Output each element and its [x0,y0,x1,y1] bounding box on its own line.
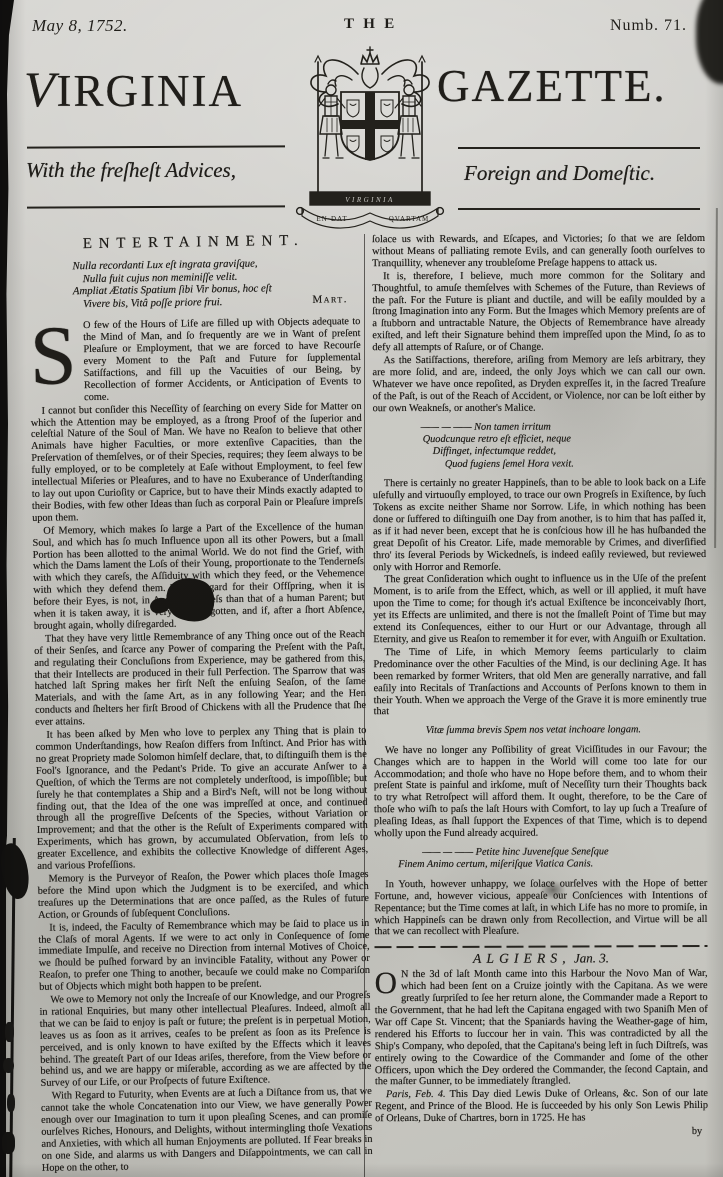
news-paragraph: ON the 3d of laſt Month came into this H… [375,968,708,1088]
essay-paragraph: We owe to Memory not only the Increaſe o… [39,990,371,1090]
newspaper-page: May 8, 1752. THE Numb. 71. VIRGINIA GAZE… [0,0,723,1177]
corner-shadow [696,0,723,84]
edge-mark [7,1094,15,1112]
latin-verse: —— — —— Petite hinc Juveneſque Seneſque … [422,846,707,872]
latin-epigraph: Nulla recordanti Lux eſt ingrata graviſq… [72,256,360,311]
page-edge-line [714,208,718,548]
news-dateline-algiers: ALGIERS, Jan. 3. [375,952,708,965]
essay-paragraph: Memory is the Purveyor of Reaſon, the Po… [37,869,369,922]
essay-paragraph: The Time of Life, in which Memory ſeems … [373,646,706,719]
masthead-title-gazette: GAZETTE. [437,60,667,112]
masthead-subtitle-right: Foreign and Domeſtic. [464,161,655,186]
essay-paragraph: The great Conſideration which ought to i… [373,573,706,646]
essay-paragraph: SO few of the Hours of Life are filled u… [29,316,361,404]
edge-mark [2,1132,15,1154]
essay-paragraph: With Regard to Futurity, when Events are… [41,1086,373,1174]
drop-cap: S [29,323,77,394]
epigraph-attribution: Mart. [312,293,348,306]
masthead-title-virginia: VIRGINIA [24,60,243,118]
section-heading-entertainment: ENTERTAINMENT. [28,235,359,252]
edge-mark [5,1022,14,1042]
virginia-coat-of-arms: VIRGINIA EN·DAT QVARTAM [282,46,458,230]
catchword: by [375,1126,708,1139]
issue-date: May 8, 1752. [32,16,128,36]
crown-crest [361,47,379,64]
masthead-subtitle-left: With the freſheſt Advices, [26,158,236,183]
news-paragraph: Paris, Feb. 4. This Day died Lewis Duke … [375,1088,708,1125]
essay-paragraph: It is, indeed, the Faculty of Remembranc… [38,918,370,994]
latin-verse: Vitæ ſumma brevis Spem nos vetat inchoar… [426,724,707,737]
knight-supporter-left [315,56,345,196]
section-divider-rule [374,945,707,948]
essay-paragraph: It has been aſked by Men who love to per… [35,725,368,873]
masthead-rule [458,208,700,210]
essay-paragraph: As the Satiſfactions, therefore, ariſing… [372,354,705,415]
arms-motto-right: QVARTAM [389,215,430,223]
news-dateline-paris: Paris, Feb. 4. [386,1089,446,1100]
quartered-shield [341,92,399,160]
masthead-rule [458,147,700,149]
arms-motto-left: EN·DAT [316,215,347,223]
essay-paragraph: That they have very little Remembrance o… [34,629,366,729]
masthead-rule [27,145,285,148]
essay-paragraph: ſolace us with Rewards, and Eſcapes, and… [372,233,705,270]
issue-number: Numb. 71. [610,17,687,35]
essay-paragraph: There is certainly no greater Happineſs,… [373,477,706,573]
knight-supporter-right [395,56,425,196]
essay-paragraph: We have no longer any Poſſibility of gre… [374,744,707,840]
essay-paragraph: It is, therefore, I believe, much more c… [372,270,705,355]
masthead-the: THE [344,16,404,33]
essay-paragraph: I cannot but conſider this Neceſſity of … [31,401,364,525]
edge-mark [3,1058,14,1073]
arms-band-label: VIRGINIA [345,196,395,204]
latin-verse: —— — —— Non tamen irritum Quodcunque ret… [421,421,706,472]
drop-cap: O [375,970,397,995]
left-column: ENTERTAINMENT. Nulla recordanti Lux eſt … [28,233,373,1175]
essay-paragraph: In Youth, however unhappy, we ſolace our… [374,878,707,939]
masthead-rule [27,205,285,208]
right-column: ſolace us with Rewards, and Eſcapes, and… [372,233,708,1139]
